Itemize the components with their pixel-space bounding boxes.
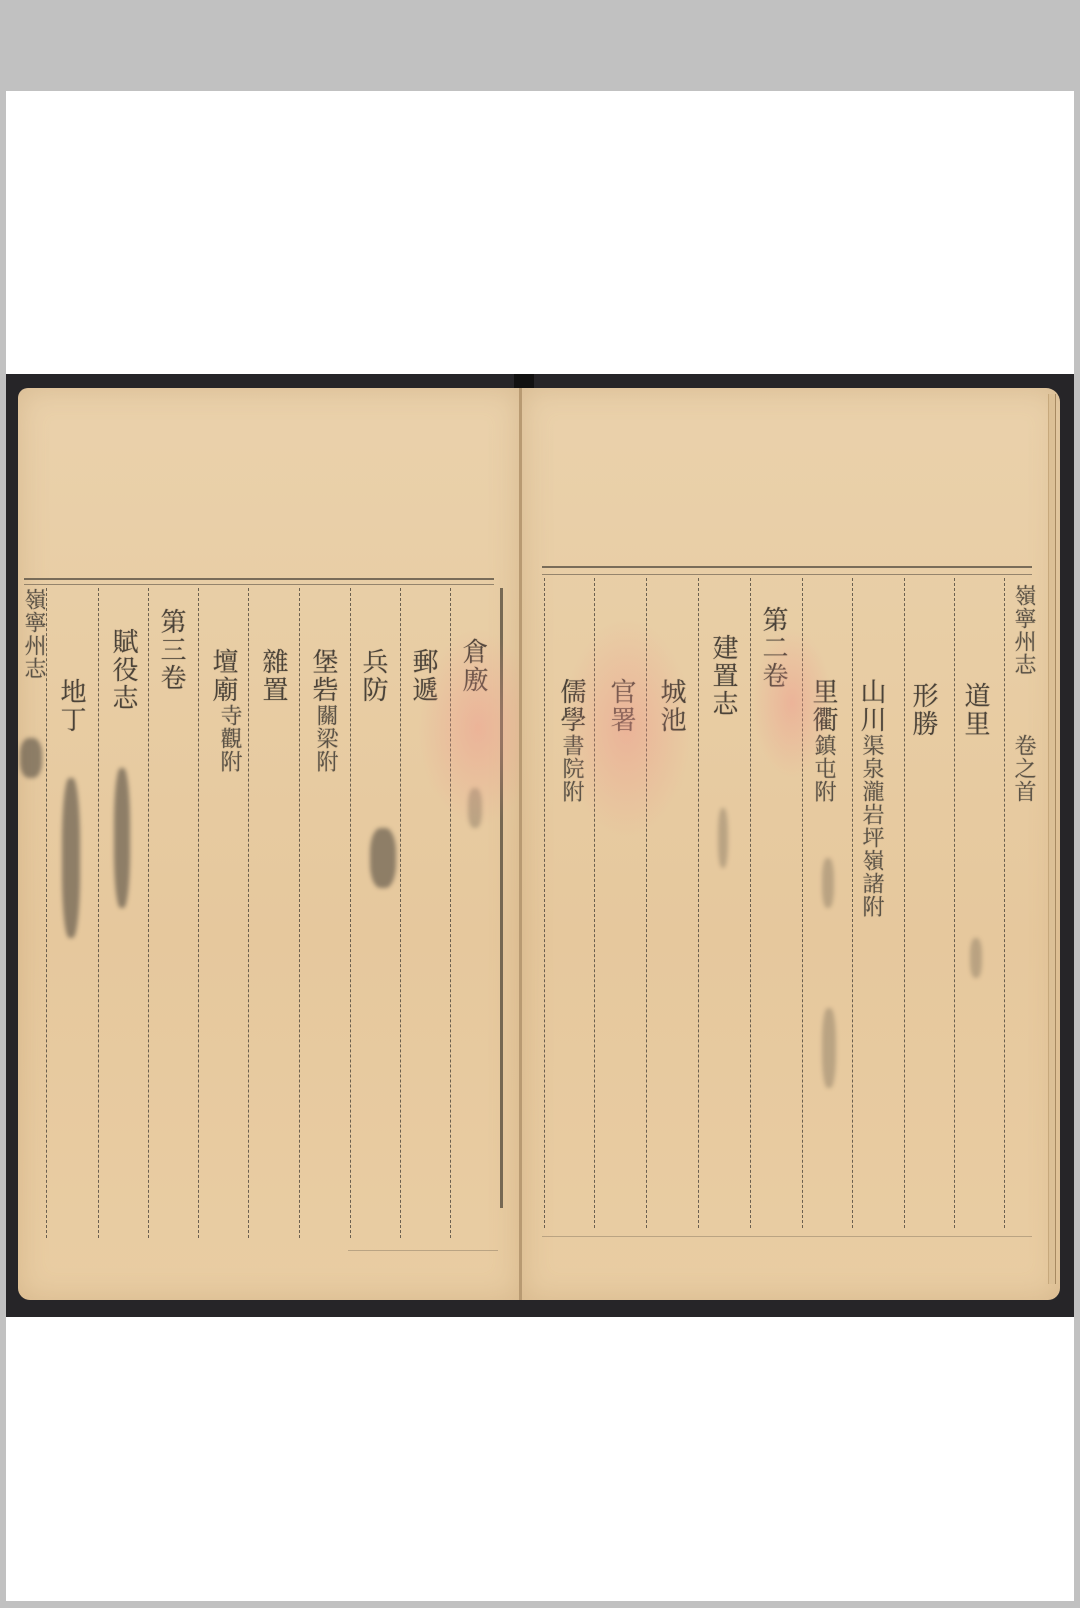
ink-smudge [114,768,130,908]
column-divider [852,578,853,1228]
right-page: 嶺寧州志 卷之首 道里 形勝 山川 渠泉瀧岩坪嶺諸附 里衢 鎮屯附 第二卷 建置… [522,388,1060,1300]
ink-blot [20,738,42,778]
volume-heading: 第三卷 [158,608,184,692]
header-rule [542,566,1032,568]
page-edges [1048,394,1056,1284]
header-rule-inner [542,574,1032,575]
entry-label: 形勝 [910,682,936,738]
entry-label: 堡砦 [310,648,336,704]
footer-rule [348,1250,498,1251]
entry-note: 渠泉瀧岩坪嶺諸附 [860,734,882,918]
red-stain [752,628,832,778]
ink-smudge [822,1008,836,1088]
entry-label: 山川 [858,678,884,734]
ink-smudge [822,858,834,908]
column-divider [198,588,199,1238]
column-divider [350,588,351,1238]
column-divider [904,578,905,1228]
entry-note: 寺觀附 [218,704,240,773]
column-divider [544,578,545,1228]
footer-rule [542,1236,1032,1237]
header-rule [24,578,494,580]
column-divider [954,578,955,1228]
column-divider [400,588,401,1238]
ink-smudge [62,778,80,938]
margin-subtitle: 卷之首 [1012,734,1034,803]
spine-shadow [514,374,534,388]
section-heading: 賦役志 [110,628,136,712]
column-divider [148,588,149,1238]
viewer-frame: 嶺寧州志 倉廒 郵遞 兵防 堡砦 關梁附 雜置 壇廟 寺觀附 第三卷 賦役志 地… [6,91,1074,1601]
column-divider [299,588,300,1238]
column-divider [750,578,751,1228]
entry-label: 兵防 [360,648,386,704]
entry-label: 壇廟 [210,648,236,704]
ink-smudge [970,938,982,978]
section-heading: 建置志 [710,634,736,718]
scanned-book-image: 嶺寧州志 倉廒 郵遞 兵防 堡砦 關梁附 雜置 壇廟 寺觀附 第三卷 賦役志 地… [6,374,1074,1317]
entry-label: 地丁 [58,678,84,734]
entry-note: 關梁附 [314,704,336,773]
column-divider [698,578,699,1228]
ink-smudge [370,828,396,888]
column-divider [98,588,99,1238]
column-divider [46,588,47,1238]
column-divider [248,588,249,1238]
header-rule-inner [24,584,494,585]
ink-smudge [718,808,728,868]
red-stain [562,618,692,838]
entry-label: 道里 [962,682,988,738]
left-page: 嶺寧州志 倉廒 郵遞 兵防 堡砦 關梁附 雜置 壇廟 寺觀附 第三卷 賦役志 地… [18,388,520,1300]
column-divider [1004,578,1005,1228]
margin-title: 嶺寧州志 [22,588,44,680]
entry-label: 雜置 [260,648,286,704]
margin-title: 嶺寧州志 [1012,584,1034,676]
